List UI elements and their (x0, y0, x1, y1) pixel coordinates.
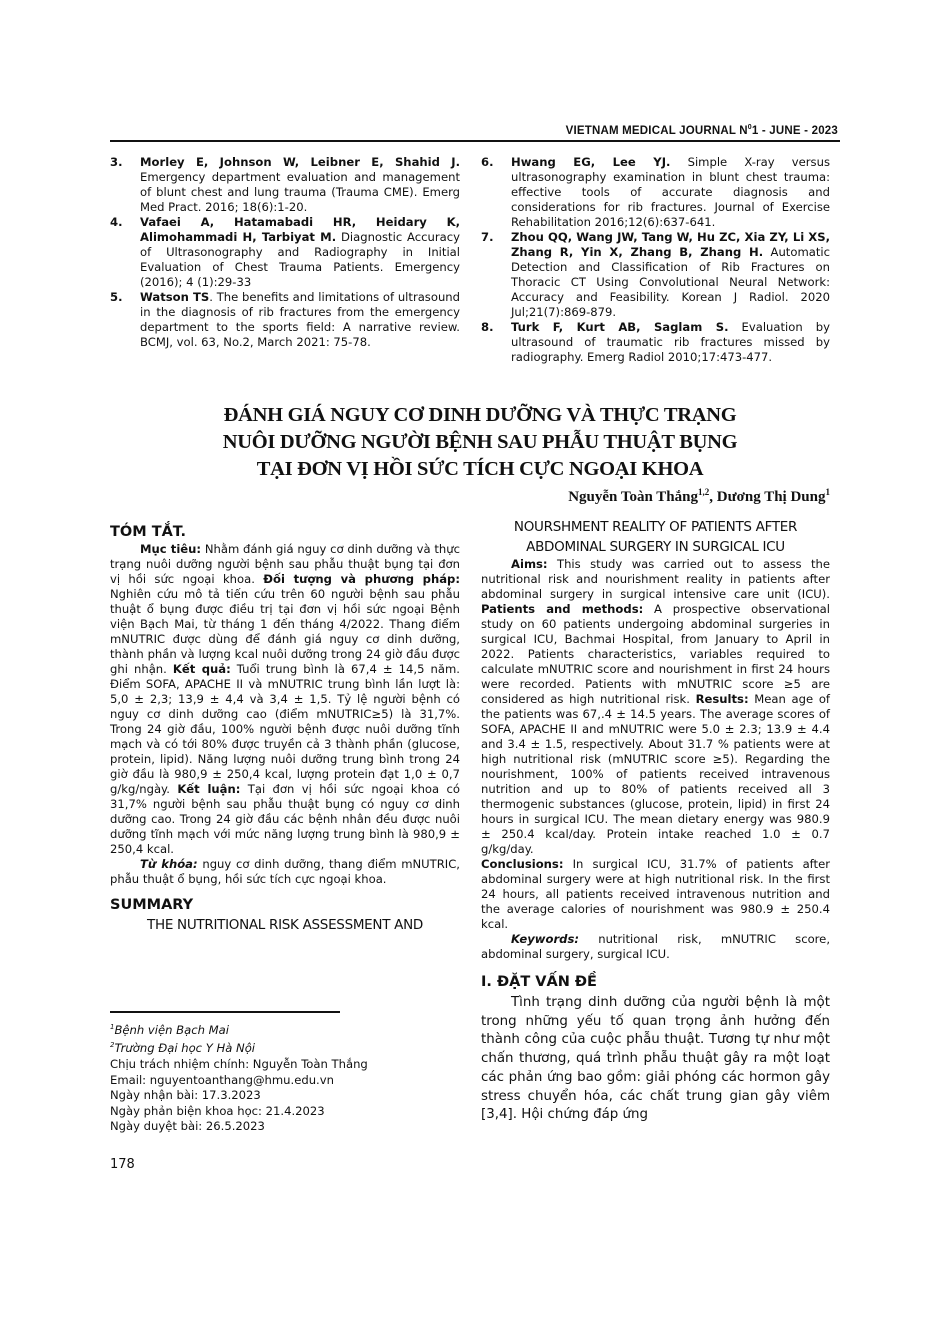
reference-number: 8. (481, 320, 511, 365)
date-received: Ngày nhận bài: 17.3.2023 (110, 1088, 368, 1104)
reference-body: Morley E, Johnson W, Leibner E, Shahid J… (140, 155, 460, 215)
article-title: ĐÁNH GIÁ NGUY CƠ DINH DƯỠNG VÀ THỰC TRẠN… (140, 402, 820, 483)
reference-item: 3. Morley E, Johnson W, Leibner E, Shahi… (110, 155, 460, 215)
objective-label: Mục tiêu: (140, 542, 201, 556)
abstract-vietnamese: TÓM TẮT. Mục tiêu: Nhằm đánh giá nguy cơ… (110, 522, 460, 935)
summary-title-line: ABDOMINAL SURGERY IN SURGICAL ICU (481, 537, 830, 557)
reference-body: Hwang EG, Lee YJ. Simple X-ray versus ul… (511, 155, 830, 230)
author-separator: , (709, 489, 717, 505)
issue-date: 1 - JUNE - 2023 (752, 125, 838, 137)
summary-heading: SUMMARY (110, 895, 460, 915)
date-accepted: Ngày duyệt bài: 26.5.2023 (110, 1119, 368, 1135)
summary-title-line: THE NUTRITIONAL RISK ASSESSMENT AND (110, 915, 460, 935)
keywords-label: Keywords: (511, 932, 579, 946)
footnotes: 1Bệnh viện Bạch Mai 2Trường Đại học Y Hà… (110, 1020, 368, 1135)
reference-authors: Morley E, Johnson W, Leibner E, Shahid J… (140, 155, 460, 169)
date-reviewed: Ngày phản biện khoa học: 21.4.2023 (110, 1104, 368, 1120)
reference-number: 4. (110, 215, 140, 290)
journal-page: VIETNAM MEDICAL JOURNAL N01 - JUNE - 202… (0, 0, 942, 1333)
author-name: Nguyễn Toàn Thắng (568, 489, 698, 505)
reference-authors: Hwang EG, Lee YJ. (511, 155, 670, 169)
page-number: 178 (110, 1157, 135, 1172)
keywords: Từ khóa: nguy cơ dinh dưỡng, thang điểm … (110, 857, 460, 887)
abstract-english: NOURSHMENT REALITY OF PATIENTS AFTER ABD… (481, 517, 830, 1125)
author-list: Nguyễn Toàn Thắng1,2, Dương Thị Dung1 (568, 487, 830, 506)
reference-item: 4. Vafaei A, Hatamabadi HR, Heidary K, A… (110, 215, 460, 290)
corresponding-author: Chịu trách nhiệm chính: Nguyễn Toàn Thắn… (110, 1057, 368, 1073)
abstract-heading: TÓM TẮT. (110, 522, 460, 542)
results-label: Kết quả: (173, 662, 231, 676)
footnote-rule (110, 1011, 340, 1013)
abstract-body: Mục tiêu: Nhằm đánh giá nguy cơ dinh dưỡ… (110, 542, 460, 857)
email: Email: nguyentoanthang@hmu.edu.vn (110, 1073, 368, 1089)
results-text: Mean age of the patients was 67,.4 ± 14.… (481, 692, 830, 856)
reference-body: Vafaei A, Hatamabadi HR, Heidary K, Alim… (140, 215, 460, 290)
reference-body: Zhou QQ, Wang JW, Tang W, Hu ZC, Xia ZY,… (511, 230, 830, 320)
conclusions-label: Conclusions: (481, 857, 563, 871)
reference-body: Turk F, Kurt AB, Saglam S. Evaluation by… (511, 320, 830, 365)
reference-number: 5. (110, 290, 140, 350)
reference-number: 3. (110, 155, 140, 215)
reference-number: 7. (481, 230, 511, 320)
reference-text: Emergency department evaluation and mana… (140, 170, 460, 214)
references-left: 3. Morley E, Johnson W, Leibner E, Shahi… (110, 155, 460, 350)
results-label: Results: (696, 692, 749, 706)
references-right: 6. Hwang EG, Lee YJ. Simple X-ray versus… (481, 155, 830, 365)
introduction-text: Tình trạng dinh dưỡng của người bệnh là … (481, 994, 830, 1125)
reference-authors: Turk F, Kurt AB, Saglam S. (511, 320, 728, 334)
running-header: VIETNAM MEDICAL JOURNAL N01 - JUNE - 202… (110, 124, 842, 137)
reference-item: 5. Watson TS. The benefits and limitatio… (110, 290, 460, 350)
results-text: Tuổi trung bình là 67,4 ± 14,5 năm. Điểm… (110, 662, 460, 796)
header-rule (110, 140, 840, 142)
affiliation-text: Bệnh viện Bạch Mai (114, 1023, 229, 1037)
reference-item: 6. Hwang EG, Lee YJ. Simple X-ray versus… (481, 155, 830, 230)
section-heading-introduction: I. ĐẶT VẤN ĐỀ (481, 972, 830, 992)
reference-number: 6. (481, 155, 511, 230)
conclusion-label: Kết luận: (177, 782, 240, 796)
keywords-label: Từ khóa: (140, 857, 198, 871)
methods-label: Patients and methods: (481, 602, 643, 616)
author-name: Dương Thị Dung (717, 489, 826, 505)
reference-item: 8. Turk F, Kurt AB, Saglam S. Evaluation… (481, 320, 830, 365)
title-line: TẠI ĐƠN VỊ HỒI SỨC TÍCH CỰC NGOẠI KHOA (140, 456, 820, 483)
affiliation-2: 2Trường Đại học Y Hà Nội (110, 1038, 368, 1056)
reference-authors: Watson TS (140, 290, 209, 304)
title-line: ĐÁNH GIÁ NGUY CƠ DINH DƯỠNG VÀ THỰC TRẠN… (140, 402, 820, 429)
title-line: NUÔI DƯỠNG NGƯỜI BỆNH SAU PHẪU THUẬT BỤN… (140, 429, 820, 456)
methods-text: A prospective observational study on 60 … (481, 602, 830, 706)
reference-body: Watson TS. The benefits and limitations … (140, 290, 460, 350)
author-affiliation: 1 (826, 487, 831, 497)
methods-label: Đối tượng và phương pháp: (263, 572, 460, 586)
affiliation-1: 1Bệnh viện Bạch Mai (110, 1020, 368, 1038)
journal-name: VIETNAM MEDICAL JOURNAL N (566, 125, 748, 137)
summary-title-line: NOURSHMENT REALITY OF PATIENTS AFTER (481, 517, 830, 537)
aims-label: Aims: (511, 557, 548, 571)
reference-item: 7. Zhou QQ, Wang JW, Tang W, Hu ZC, Xia … (481, 230, 830, 320)
affiliation-text: Trường Đại học Y Hà Nội (114, 1041, 255, 1055)
author-affiliation: 1,2 (698, 487, 709, 497)
summary-body: Aims: This study was carried out to asse… (481, 557, 830, 932)
keywords: Keywords: nutritional risk, mNUTRIC scor… (481, 932, 830, 962)
